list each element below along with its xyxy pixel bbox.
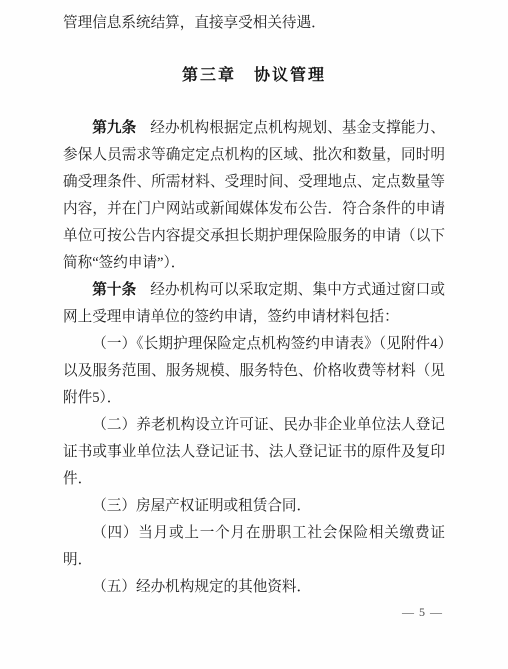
paragraph-text: （四）当月或上一个月在册职工社会保险相关缴费证明． (63, 525, 445, 568)
paragraph-item-1: （一）《长期护理保险定点机构签约申请表》（见附件4）以及服务范围、服务规模、服务… (63, 331, 445, 412)
paragraph-item-2: （二）养老机构设立许可证、民办非企业单位法人登记证书或事业单位法人登记证书、法人… (63, 412, 445, 493)
paragraph-item-5: （五）经办机构规定的其他资料． (63, 574, 445, 601)
paragraph-text: （三）房屋产权证明或租赁合同． (92, 498, 311, 514)
page-number: — 5 — (63, 605, 445, 619)
chapter-heading: 第三章 协议管理 (63, 62, 445, 89)
paragraph-text: 经办机构根据定点机构规划、基金支撑能力、参保人员需求等确定定点机构的区域、批次和… (63, 120, 445, 271)
document-page: 管理信息系统结算，直接享受相关待遇． 第三章 协议管理 第九条经办机构根据定点机… (0, 0, 508, 669)
continuation-text: 管理信息系统结算，直接享受相关待遇． (63, 10, 445, 37)
paragraph-text: （二）养老机构设立许可证、民办非企业单位法人登记证书或事业单位法人登记证书、法人… (63, 417, 445, 487)
paragraph-text: （五）经办机构规定的其他资料． (92, 579, 311, 595)
paragraph-text: （一）《长期护理保险定点机构签约申请表》（见附件4）以及服务范围、服务规模、服务… (63, 336, 445, 406)
paragraph-item-3: （三）房屋产权证明或租赁合同． (63, 493, 445, 520)
article-label: 第十条 (92, 282, 136, 298)
paragraph-article-10: 第十条经办机构可以采取定期、集中方式通过窗口或网上受理申请单位的签约申请，签约申… (63, 277, 445, 331)
article-label: 第九条 (92, 120, 136, 136)
paragraph-article-9: 第九条经办机构根据定点机构规划、基金支撑能力、参保人员需求等确定定点机构的区域、… (63, 115, 445, 277)
paragraph-item-4: （四）当月或上一个月在册职工社会保险相关缴费证明． (63, 520, 445, 574)
